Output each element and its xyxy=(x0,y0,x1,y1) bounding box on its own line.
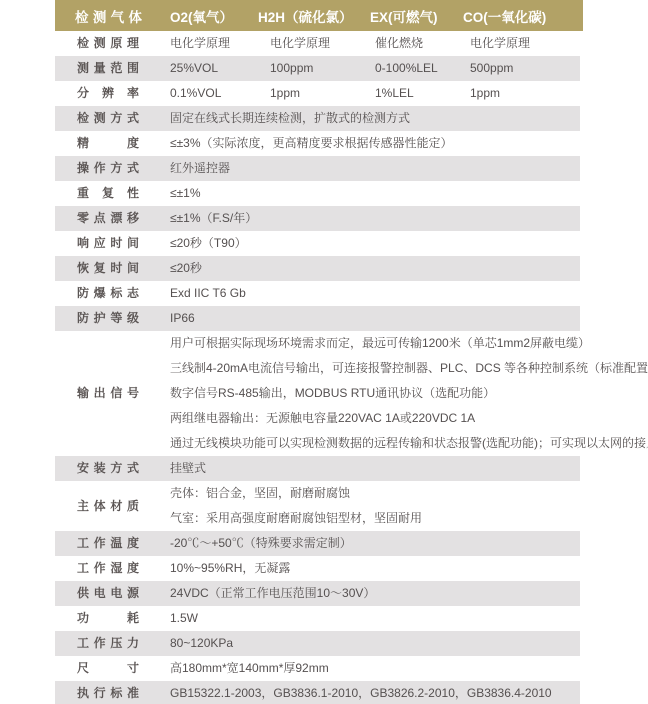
header-col-ex: EX(可燃气) xyxy=(370,6,463,26)
spec-value-line: 通过无线模块功能可以实现检测数据的远程传输和状态报警(选配功能)；可实现以太网的… xyxy=(170,431,648,456)
spec-label: 响应时间 xyxy=(55,231,170,256)
spec-value-h2s: 电化学原理 xyxy=(270,31,375,56)
spec-label: 检测原理 xyxy=(55,31,170,56)
table-row: 功耗 1.5W xyxy=(55,606,580,631)
spec-value: IP66 xyxy=(170,306,580,331)
spec-value-line: -20℃～+50℃（特殊要求需定制） xyxy=(170,531,580,556)
spec-value-ex: 1%LEL xyxy=(375,81,470,106)
spec-value-line: ≤±1%（F.S/年） xyxy=(170,206,580,231)
spec-value-line: 1.5W xyxy=(170,606,580,631)
spec-value-ex: 0-100%LEL xyxy=(375,56,470,81)
spec-value-ex: 催化燃烧 xyxy=(375,31,470,56)
spec-value-line: 固定在线式长期连续检测，扩散式的检测方式 xyxy=(170,106,580,131)
spec-value-line: 数字信号RS-485输出，MODBUS RTU通讯协议（选配功能） xyxy=(170,381,648,406)
table-row: 尺寸 高180mm*宽140mm*厚92mm xyxy=(55,656,580,681)
spec-value-line: 高180mm*宽140mm*厚92mm xyxy=(170,656,580,681)
spec-value: GB15322.1-2003，GB3836.1-2010，GB3826.2-20… xyxy=(170,681,580,704)
spec-label: 检测方式 xyxy=(55,106,170,131)
spec-label: 重复性 xyxy=(55,181,170,206)
spec-value: 10%~95%RH，无凝露 xyxy=(170,556,580,581)
spec-value-line: 挂壁式 xyxy=(170,456,580,481)
spec-sheet-page: 检测气体 O2(氧气） H2H（硫化氯） EX(可燃气) CO(一氧化碳) 检测… xyxy=(0,0,648,704)
table-body: 检测原理 电化学原理 电化学原理 催化燃烧 电化学原理 测量范围 25%VOL … xyxy=(55,31,580,704)
spec-value: ≤±1% xyxy=(170,181,580,206)
spec-value-line: Exd IIC T6 Gb xyxy=(170,281,580,306)
spec-label: 工作湿度 xyxy=(55,556,170,581)
spec-label: 安装方式 xyxy=(55,456,170,481)
spec-value-line: ≤20秒（T90） xyxy=(170,231,580,256)
spec-value-co: 1ppm xyxy=(470,81,580,106)
gas-detector-spec-table: 检测气体 O2(氧气） H2H（硫化氯） EX(可燃气) CO(一氧化碳) 检测… xyxy=(55,0,583,704)
spec-label: 功耗 xyxy=(55,606,170,631)
spec-value: 壳体：铝合金，坚固，耐磨耐腐蚀气室：采用高强度耐磨耐腐蚀铝型材，坚固耐用 xyxy=(170,481,580,531)
spec-value: 红外遥控器 xyxy=(170,156,580,181)
spec-label: 工作温度 xyxy=(55,531,170,556)
spec-value: 80~120KPa xyxy=(170,631,580,656)
table-row: 防护等级 IP66 xyxy=(55,306,580,331)
spec-value: Exd IIC T6 Gb xyxy=(170,281,580,306)
spec-label: 工作压力 xyxy=(55,631,170,656)
spec-value-h2s: 1ppm xyxy=(270,81,375,106)
table-row: 输出信号 用户可根据实际现场环境需求而定，最远可传输1200米（单芯1mm2屏蔽… xyxy=(55,331,580,456)
spec-value: 挂壁式 xyxy=(170,456,580,481)
table-row: 防爆标志 Exd IIC T6 Gb xyxy=(55,281,580,306)
table-row: 主体材质 壳体：铝合金，坚固，耐磨耐腐蚀气室：采用高强度耐磨耐腐蚀铝型材，坚固耐… xyxy=(55,481,580,531)
table-row: 工作湿度 10%~95%RH，无凝露 xyxy=(55,556,580,581)
header-col-h2s: H2H（硫化氯） xyxy=(258,6,370,26)
spec-label: 主体材质 xyxy=(55,494,170,519)
table-row: 工作温度 -20℃～+50℃（特殊要求需定制） xyxy=(55,531,580,556)
spec-label: 防护等级 xyxy=(55,306,170,331)
spec-value-line: IP66 xyxy=(170,306,580,331)
spec-value-line: 壳体：铝合金，坚固，耐磨耐腐蚀 xyxy=(170,481,580,506)
table-row: 工作压力 80~120KPa xyxy=(55,631,580,656)
spec-value-line: 24VDC（正常工作电压范围10～30V） xyxy=(170,581,580,606)
spec-value-line: ≤±3%（实际浓度，更高精度要求根据传感器性能定） xyxy=(170,131,580,156)
spec-label: 恢复时间 xyxy=(55,256,170,281)
spec-label: 防爆标志 xyxy=(55,281,170,306)
spec-value-line: 10%~95%RH，无凝露 xyxy=(170,556,580,581)
header-col-o2: O2(氧气） xyxy=(170,6,258,26)
spec-label: 零点漂移 xyxy=(55,206,170,231)
spec-value-line: GB15322.1-2003，GB3836.1-2010，GB3826.2-20… xyxy=(170,681,580,704)
spec-value-line: 80~120KPa xyxy=(170,631,580,656)
spec-value: 24VDC（正常工作电压范围10～30V） xyxy=(170,581,580,606)
spec-value: 1.5W xyxy=(170,606,580,631)
spec-label: 精度 xyxy=(55,131,170,156)
spec-value: 固定在线式长期连续检测，扩散式的检测方式 xyxy=(170,106,580,131)
spec-value-line: ≤20秒 xyxy=(170,256,580,281)
spec-value: ≤±3%（实际浓度，更高精度要求根据传感器性能定） xyxy=(170,131,580,156)
spec-label: 测量范围 xyxy=(55,56,170,81)
table-row: 重复性 ≤±1% xyxy=(55,181,580,206)
spec-value-line: 气室：采用高强度耐磨耐腐蚀铝型材，坚固耐用 xyxy=(170,506,580,531)
spec-value-line: 三线制4-20mA电流信号输出，可连接报警控制器、PLC、DCS 等各种控制系统… xyxy=(170,356,648,381)
table-header-row: 检测气体 O2(氧气） H2H（硫化氯） EX(可燃气) CO(一氧化碳) xyxy=(55,0,583,31)
spec-label: 分辨率 xyxy=(55,81,170,106)
spec-value: 高180mm*宽140mm*厚92mm xyxy=(170,656,580,681)
table-row: 供电电源 24VDC（正常工作电压范围10～30V） xyxy=(55,581,580,606)
spec-value: -20℃～+50℃（特殊要求需定制） xyxy=(170,531,580,556)
spec-value-h2s: 100ppm xyxy=(270,56,375,81)
spec-value: ≤20秒 xyxy=(170,256,580,281)
spec-value-co: 500ppm xyxy=(470,56,580,81)
table-row: 检测原理 电化学原理 电化学原理 催化燃烧 电化学原理 xyxy=(55,31,580,56)
spec-value-line: 红外遥控器 xyxy=(170,156,580,181)
table-row: 检测方式 固定在线式长期连续检测，扩散式的检测方式 xyxy=(55,106,580,131)
table-row: 零点漂移 ≤±1%（F.S/年） xyxy=(55,206,580,231)
table-row: 测量范围 25%VOL 100ppm 0-100%LEL 500ppm xyxy=(55,56,580,81)
table-row: 安装方式 挂壁式 xyxy=(55,456,580,481)
table-row: 执行标准 GB15322.1-2003，GB3836.1-2010，GB3826… xyxy=(55,681,580,704)
header-col-co: CO(一氧化碳) xyxy=(463,6,583,26)
table-row: 精度 ≤±3%（实际浓度，更高精度要求根据传感器性能定） xyxy=(55,131,580,156)
table-row: 恢复时间 ≤20秒 xyxy=(55,256,580,281)
spec-value-line: 两组继电器输出：无源触电容量220VAC 1A或220VDC 1A xyxy=(170,406,648,431)
spec-value: ≤±1%（F.S/年） xyxy=(170,206,580,231)
spec-label: 供电电源 xyxy=(55,581,170,606)
spec-value-o2: 0.1%VOL xyxy=(170,81,270,106)
spec-label: 执行标准 xyxy=(55,681,170,704)
table-row: 操作方式 红外遥控器 xyxy=(55,156,580,181)
spec-label: 尺寸 xyxy=(55,656,170,681)
header-gas-label: 检测气体 xyxy=(55,6,170,26)
table-row: 响应时间 ≤20秒（T90） xyxy=(55,231,580,256)
spec-value-line: 用户可根据实际现场环境需求而定，最远可传输1200米（单芯1mm2屏蔽电缆） xyxy=(170,331,648,356)
spec-label: 输出信号 xyxy=(55,381,170,406)
spec-label: 操作方式 xyxy=(55,156,170,181)
spec-value: 用户可根据实际现场环境需求而定，最远可传输1200米（单芯1mm2屏蔽电缆）三线… xyxy=(170,331,648,456)
table-row: 分辨率 0.1%VOL 1ppm 1%LEL 1ppm xyxy=(55,81,580,106)
spec-value: ≤20秒（T90） xyxy=(170,231,580,256)
spec-value-co: 电化学原理 xyxy=(470,31,580,56)
spec-value-o2: 25%VOL xyxy=(170,56,270,81)
spec-value-line: ≤±1% xyxy=(170,181,580,206)
spec-value-o2: 电化学原理 xyxy=(170,31,270,56)
